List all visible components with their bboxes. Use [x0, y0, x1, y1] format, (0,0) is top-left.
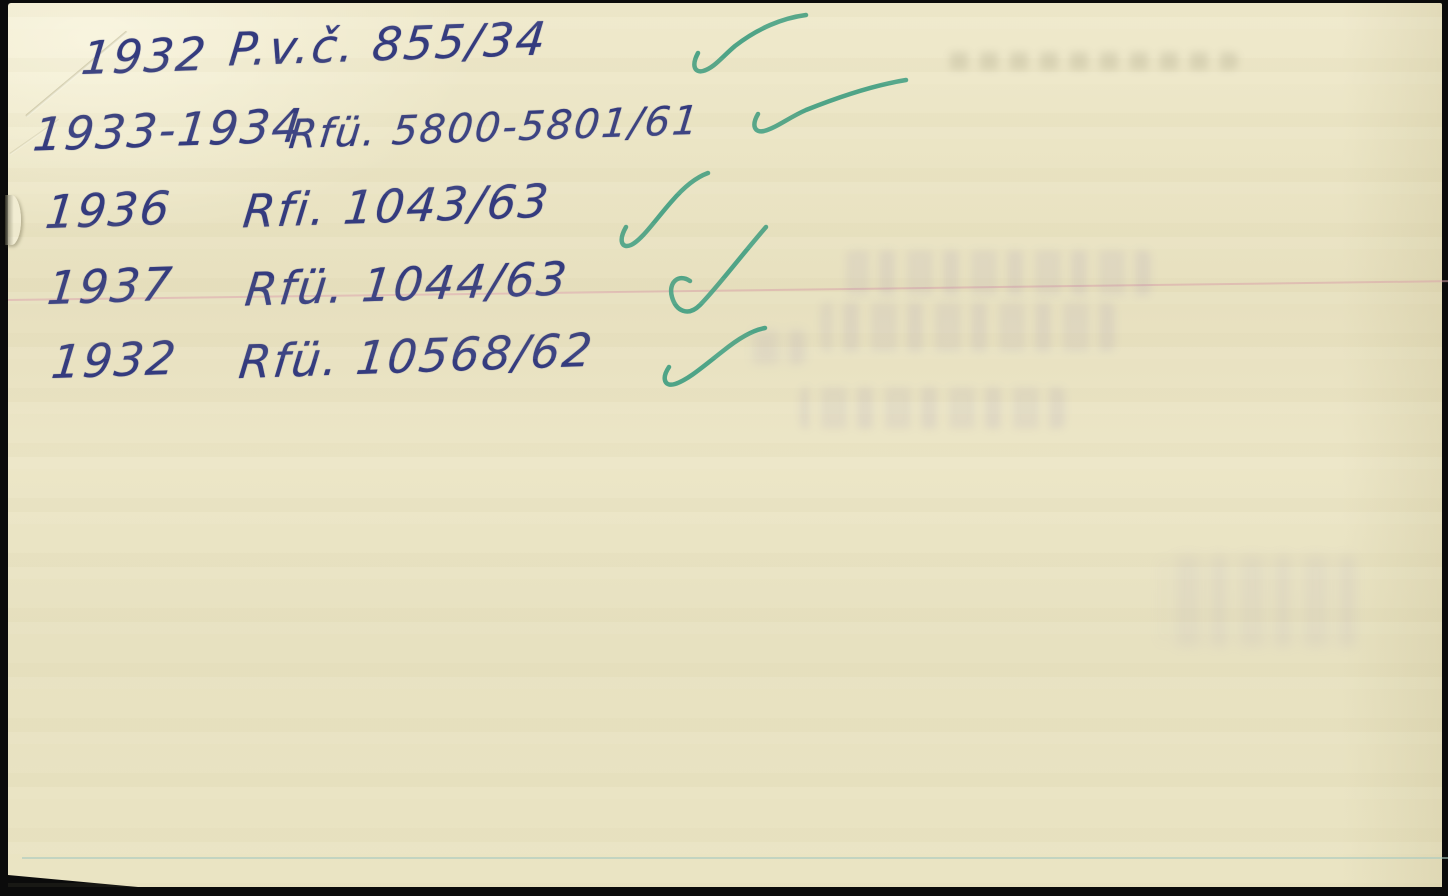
card-paper: 1932 P.v.č. 855/34 1933-1934 Rfü. 5800-5…	[8, 3, 1442, 887]
entry-year: 1932	[49, 331, 180, 389]
entry-reference: Rfü. 10568/62	[236, 323, 596, 389]
entry-row: 1933-1934 Rfü. 5800-5801/61	[8, 95, 1442, 169]
entry-reference: Rfi. 1043/63	[240, 174, 552, 239]
checkmark-icon	[655, 321, 769, 393]
entry-reference: Rfü. 1044/63	[242, 251, 571, 316]
scanned-index-card: 1932 P.v.č. 855/34 1933-1934 Rfü. 5800-5…	[0, 0, 1448, 896]
entry-year: 1932	[79, 27, 210, 85]
entry-year: 1936	[43, 181, 174, 239]
ink-bleedthrough	[1160, 555, 1355, 647]
checkmark-icon	[688, 11, 810, 75]
checkmark-icon	[746, 76, 910, 138]
checkmark-icon	[652, 221, 772, 325]
entry-year: 1933-1934	[31, 98, 307, 161]
ruled-line-teal	[22, 857, 1448, 859]
scan-edge-shadow	[8, 875, 138, 887]
entry-reference: P.v.č. 855/34	[226, 11, 550, 76]
entry-reference: Rfü. 5800-5801/61	[287, 98, 703, 158]
entry-year: 1937	[45, 257, 176, 315]
